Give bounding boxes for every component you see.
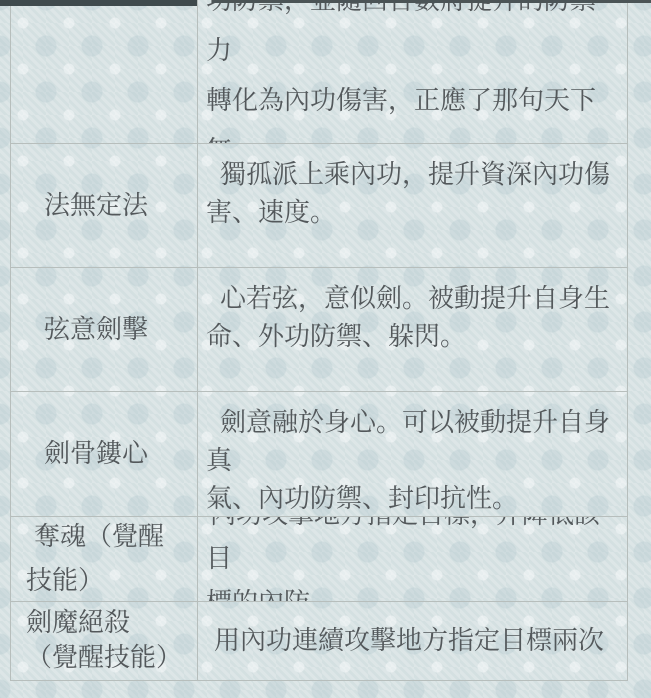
skill-desc-line: 用內功連續攻擊地方指定目標兩次 <box>214 622 604 660</box>
skill-name-cell <box>11 0 198 143</box>
skill-name-line: 技能） <box>26 559 197 603</box>
skill-desc-line: 轉化為內功傷害，正應了那句天下無 <box>206 76 617 143</box>
skill-name-line: 法無定法 <box>44 187 197 225</box>
skill-desc-cell: 功防禦，並隨回合數將提升的防禦力 轉化為內功傷害，正應了那句天下無 敵，又何必守… <box>198 0 627 143</box>
skill-name-cell: 奪魂（覺醒 技能） <box>11 517 198 601</box>
skill-desc-line: 害、速度。 <box>206 194 617 232</box>
skill-desc-line: 標的內防 <box>206 581 617 601</box>
skill-desc-cell: 心若弦，意似劍。被動提升自身生 命、外功防禦、躲閃。 <box>198 268 627 391</box>
skill-desc-cell: 獨孤派上乘內功，提升資深內功傷 害、速度。 <box>198 144 627 267</box>
skill-desc-cell: 劍意融於身心。可以被動提升自身真 氣、內功防禦、封印抗性。 <box>198 392 627 516</box>
skill-table: 功防禦，並隨回合數將提升的防禦力 轉化為內功傷害，正應了那句天下無 敵，又何必守… <box>10 0 628 681</box>
skill-desc-line: 內功攻擊地方指定目標，并降低該目 <box>206 517 617 581</box>
table-row: 劍骨鏤心 劍意融於身心。可以被動提升自身真 氣、內功防禦、封印抗性。 <box>11 391 627 516</box>
skill-name-line: 弦意劍擊 <box>44 311 197 349</box>
top-cutoff-bar-right <box>212 0 651 3</box>
skill-desc-line: 氣、內功防禦、封印抗性。 <box>206 480 617 516</box>
table-row: 奪魂（覺醒 技能） 內功攻擊地方指定目標，并降低該目 標的內防 <box>11 516 627 601</box>
skill-desc-line: 獨孤派上乘內功，提升資深內功傷 <box>206 156 617 194</box>
skill-name-cell: 劍魔絕殺 （覺醒技能） <box>11 602 198 680</box>
table-row: 法無定法 獨孤派上乘內功，提升資深內功傷 害、速度。 <box>11 143 627 267</box>
table-row: 功防禦，並隨回合數將提升的防禦力 轉化為內功傷害，正應了那句天下無 敵，又何必守… <box>11 0 627 143</box>
table-row: 劍魔絕殺 （覺醒技能） 用內功連續攻擊地方指定目標兩次 <box>11 601 627 680</box>
skill-name-line: 劍魔絕殺 <box>26 606 197 641</box>
top-cutoff-bar-left <box>0 0 197 6</box>
skill-name-line: 劍骨鏤心 <box>44 435 197 473</box>
skill-name-line: （覺醒技能） <box>26 641 197 676</box>
skill-name-line: 奪魂（覺醒 <box>26 515 197 559</box>
skill-desc-cell: 內功攻擊地方指定目標，并降低該目 標的內防 <box>198 517 627 601</box>
skill-name-cell: 弦意劍擊 <box>11 268 198 391</box>
skill-desc-cell: 用內功連續攻擊地方指定目標兩次 <box>198 602 627 680</box>
skill-name-cell: 法無定法 <box>11 144 198 267</box>
skill-desc-line: 心若弦，意似劍。被動提升自身生 <box>206 280 617 318</box>
skill-desc-line: 功防禦，並隨回合數將提升的防禦力 <box>206 0 617 76</box>
table-row: 弦意劍擊 心若弦，意似劍。被動提升自身生 命、外功防禦、躲閃。 <box>11 267 627 391</box>
skill-desc-line: 命、外功防禦、躲閃。 <box>206 318 617 356</box>
skill-desc-line: 劍意融於身心。可以被動提升自身真 <box>206 404 617 480</box>
skill-name-cell: 劍骨鏤心 <box>11 392 198 516</box>
